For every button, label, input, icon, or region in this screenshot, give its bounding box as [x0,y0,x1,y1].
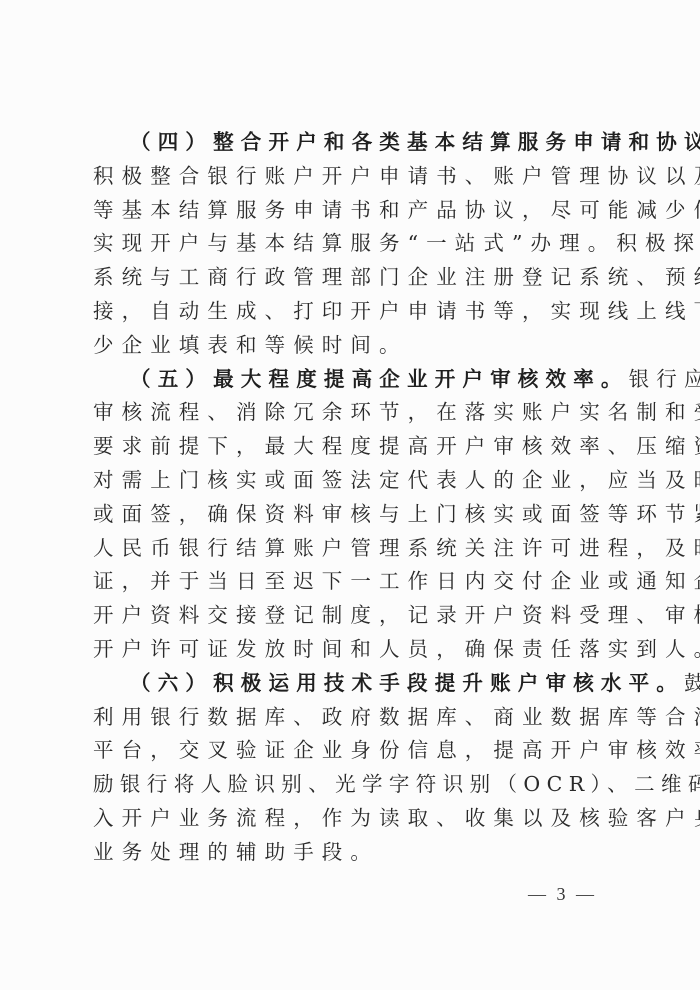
paragraph-line: 平台，交叉验证企业身份信息，提高开户审核效率和准确度。鼓 [93,734,615,768]
paragraph-line: 励银行将人脸识别、光学字符识别（OCR）、二维码等技术手段嵌 [93,768,615,802]
paragraph-line: 或面签，确保资料审核与上门核实或面签等环节紧密衔接。通过 [93,498,615,532]
paragraph-line: 要求前提下，最大程度提高开户审核效率、压缩资料传递时间。 [93,430,615,464]
paragraph-5: （五）最大程度提高企业开户审核效率。银行应当完善开户 审核流程、消除冗余环节，在… [93,363,615,667]
paragraph-line: 开户资料交接登记制度，记录开户资料受理、审核、资料交接及 [93,599,615,633]
paragraph-line: 实现开户与基本结算服务“一站式”办理。积极探索将开户业务 [93,227,615,261]
paragraph-line: （四）整合开户和各类基本结算服务申请和协议。鼓励银行 [93,126,615,160]
paragraph-line: 利用银行数据库、政府数据库、商业数据库等合法、有效的信息 [93,701,615,735]
paragraph-heading: （四）整合开户和各类基本结算服务申请和协议。 [130,130,700,154]
paragraph-4: （四）整合开户和各类基本结算服务申请和协议。鼓励银行 积极整合银行账户开户申请书… [93,126,615,363]
paragraph-line: 审核流程、消除冗余环节，在落实账户实名制和受益所有权识别 [93,396,615,430]
paragraph-line: 证，并于当日至迟下一工作日内交付企业或通知企业。建立健全 [93,565,615,599]
paragraph-heading: （五）最大程度提高企业开户审核效率。 [130,367,629,391]
document-page: （四）整合开户和各类基本结算服务申请和协议。鼓励银行 积极整合银行账户开户申请书… [0,0,700,990]
page-number: — 3 — [528,884,597,905]
paragraph-line: 人民币银行结算账户管理系统关注许可进程，及时领取开户许可 [93,532,615,566]
paragraph-line: 接，自动生成、打印开户申请书等，实现线上线下开户联动，减 [93,295,615,329]
paragraph-line: 入开户业务流程，作为读取、收集以及核验客户身份信息和开户 [93,802,615,836]
paragraph-6: （六）积极运用技术手段提升账户审核水平。鼓励银行充分 利用银行数据库、政府数据库… [93,667,615,870]
paragraph-heading: （六）积极运用技术手段提升账户审核水平。 [130,671,684,695]
paragraph-line: 开户许可证发放时间和人员，确保责任落实到人。 [93,633,615,667]
document-body: （四）整合开户和各类基本结算服务申请和协议。鼓励银行 积极整合银行账户开户申请书… [93,126,615,870]
paragraph-line: 对需上门核实或面签法定代表人的企业，应当及时开展上门核实 [93,464,615,498]
paragraph-line: （五）最大程度提高企业开户审核效率。银行应当完善开户 [93,363,615,397]
paragraph-line: （六）积极运用技术手段提升账户审核水平。鼓励银行充分 [93,667,615,701]
paragraph-line: 积极整合银行账户开户申请书、账户管理协议以及企业网上银行 [93,160,615,194]
paragraph-line: 系统与工商行政管理部门企业注册登记系统、预约开户系统等对 [93,261,615,295]
paragraph-line: 少企业填表和等候时间。 [93,329,615,363]
paragraph-line: 等基本结算服务申请书和产品协议，尽可能减少信息重复填写， [93,194,615,228]
paragraph-line: 业务处理的辅助手段。 [93,836,615,870]
